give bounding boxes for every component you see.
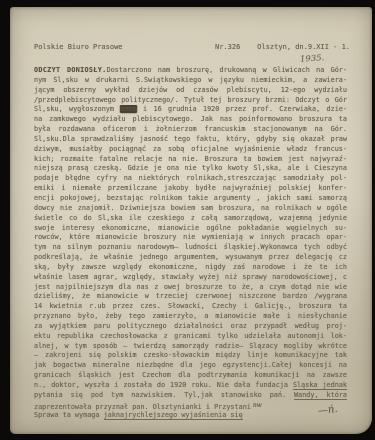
text-line: za wyjątkiem paru politycznego działalno… — [34, 322, 347, 332]
handwritten-year-note: 1935. — [299, 53, 324, 65]
organization-name: Polskie Biuro Prasowe — [34, 43, 123, 51]
text-line: n., doktor, wyszła i została do 1920 rok… — [34, 381, 347, 391]
text-segment: dziwym, musiałby pociągnąć za sobą oficj… — [34, 145, 347, 153]
text-line: /przedplebiscytowego politycznego/. Tytu… — [34, 96, 347, 106]
text-segment: dowcy nie znajomił. Dziwniejsza bowiem s… — [34, 204, 347, 212]
text-segment: niejszą prasą czeską. Gdzie je ona nie t… — [34, 164, 347, 172]
text-segment: Śl,sku, wygłoszonym — [34, 105, 120, 113]
text-line: alnej, w tym sposób — twierdzą samorządy… — [34, 342, 347, 352]
text-segment: pytania się pod tym nazwiskiem. Tyl,jak … — [34, 391, 294, 399]
issue-number: Nr.326 — [215, 43, 240, 51]
document-header: Polskie Biuro Prasowe Nr.326 Olsztyn, dn… — [34, 43, 350, 55]
text-segment: Śl,sku.Dla sprawdzaliśmy jasność tego fa… — [34, 135, 347, 143]
text-segment: na zamkowego wydziału plebiscytowego. Ja… — [34, 115, 347, 123]
text-line: była rozdawana oficerom i żołnierzom fra… — [34, 125, 347, 135]
text-segment: tym na silnym poznaniu narodowym— ludnoś… — [34, 243, 347, 251]
text-line: ską, były zawsze względy ekonomiczne, ni… — [34, 263, 347, 273]
text-segment: alnej, w tym sposób — twierdzą samorządy… — [34, 342, 347, 350]
text-line: jest najpilniejszym dla nas z owej brosz… — [34, 283, 347, 293]
text-line: encji pokojowej, bezstając rolnikom taki… — [34, 194, 347, 204]
text-line: kich; rozmaite fatalne relacje na nie. B… — [34, 155, 347, 165]
text-line: podaje błędne cyfry na niektórych rolnik… — [34, 174, 347, 184]
text-segment: świetle co do Śl,ska ile czeskiego z cał… — [34, 214, 347, 222]
text-segment: ODCZYT DONIOSŁY. — [34, 66, 106, 74]
document-body: ODCZYT DONIOSŁY.Dostarczono nam broszurę… — [34, 66, 347, 420]
text-segment: /przedplebiscytowego politycznego/. Tytu… — [34, 96, 347, 104]
text-segment: i 16 grudnia 1920 przez prof. Czerwiaka,… — [137, 105, 347, 113]
text-line: granicach śląskich jest Czechom dla podt… — [34, 371, 347, 381]
text-line: — zakrojeni się polskim czesko-słowackim… — [34, 351, 347, 361]
text-line: właśnie lasem agrar, względy, stawiały w… — [34, 273, 347, 283]
text-segment: zaprezentowała przyznał pan. — [34, 403, 153, 411]
text-segment: swoje interesy ekonomiczne, mianowicie o… — [34, 224, 347, 232]
text-line: Śl,sku, wygłoszonym mmmm i 16 grudnia 19… — [34, 105, 347, 115]
text-segment: emiki i niemałe przemilczane jakoby bydł… — [34, 184, 347, 192]
text-segment: jaknajrychlejszego wyjaśnienia się — [104, 411, 243, 420]
text-line: dziwym, musiałby pociągnąć za sobą oficj… — [34, 145, 347, 155]
ink-blot: mmmm — [120, 105, 136, 113]
dateline: Olsztyn, dn.9.XII - 1. — [257, 43, 350, 51]
text-line: niejszą prasą czeską. Gdzie je ona nie t… — [34, 164, 347, 174]
text-line: 14 kwietnia r.ub przez czes. Słowacki, C… — [34, 302, 347, 312]
text-segment: była rozdawana oficerom i żołnierzom fra… — [34, 125, 347, 133]
text-segment: Przystani — [214, 403, 251, 411]
text-segment: n., doktor, wyszła i została do 1920 rok… — [34, 381, 293, 389]
text-segment: jak bogactwa mineralne niezbędne dla jeg… — [34, 361, 347, 369]
text-segment: przyznano było, żeby tego zamierzyło, a … — [34, 312, 347, 320]
text-line: Śl,sku.Dla sprawdzaliśmy jasność tego fa… — [34, 135, 347, 145]
text-segment: granicach śląskich jest Czechom dla podt… — [34, 371, 347, 379]
text-segment: Wandy, która — [294, 391, 347, 400]
document-page: Polskie Biuro Prasowe Nr.326 Olsztyn, dn… — [10, 7, 372, 434]
text-segment: właśnie lasem agrar, względy, stawiały w… — [34, 273, 347, 281]
text-segment: jest najpilniejszym dla nas z owej brosz… — [34, 283, 347, 291]
text-line: pytania się pod tym nazwiskiem. Tyl,jak … — [34, 391, 347, 401]
text-line: dzieliśmy, że mianowicie w trzeciej czer… — [34, 292, 347, 302]
text-line: przyznano było, żeby tego zamierzyło, a … — [34, 312, 347, 322]
text-line: dowcy nie znajomił. Dziwniejsza bowiem s… — [34, 204, 347, 214]
text-segment: kich; rozmaite fatalne relacje na nie. B… — [34, 155, 347, 163]
text-segment: Sprawa ta wymaga — [34, 411, 104, 419]
text-segment: za wyjątkiem paru politycznego działalno… — [34, 322, 347, 330]
text-line: świetle co do Śl,ska ile czeskiego z cał… — [34, 214, 347, 224]
text-line: tym na silnym poznaniu narodowym— ludnoś… — [34, 243, 347, 253]
text-segment: Olsztynianki — [153, 403, 202, 411]
text-line: emiki i niemałe przemilczane jakoby bydł… — [34, 184, 347, 194]
text-line: na zamkowego wydziału plebiscytowego. Ja… — [34, 115, 347, 125]
text-segment: ektu republika czechosłowacka z granicam… — [34, 332, 347, 340]
text-line: jącym obszerny wykład dziejów od czasów … — [34, 86, 347, 96]
text-line: rowców, które mianowicie broszury nie wy… — [34, 233, 347, 243]
text-segment: encji pokojowej, bezstając rolnikom taki… — [34, 194, 347, 202]
text-segment: 14 kwietnia r.ub przez czes. Słowacki, C… — [34, 302, 347, 310]
text-segment: ską, były zawsze względy ekonomiczne, ni… — [34, 263, 347, 271]
text-line: Sprawa ta wymaga jaknajrychlejszego wyja… — [34, 411, 347, 421]
text-line: ektu republika czechosłowacka z granicam… — [34, 332, 347, 342]
scanned-document-screenshot: { "document": { "header": { "organizatio… — [0, 0, 375, 440]
handwritten-inline-mark: nw — [251, 402, 262, 409]
text-line: zaprezentowała przyznał pan. Olsztyniank… — [34, 401, 347, 411]
text-segment: dzieliśmy, że mianowicie w trzeciej czer… — [34, 292, 347, 300]
text-segment: Śląska jednak — [293, 381, 347, 390]
text-segment: nym Śl,sku w drukarni S.Świątkowskiego w… — [34, 76, 347, 84]
text-segment: rowców, które mianowicie broszury nie wy… — [34, 233, 347, 241]
text-segment: Dostarczono nam broszurę, drukowaną w Gl… — [106, 66, 347, 74]
text-segment: i — [202, 403, 214, 411]
text-line: nym Śl,sku w drukarni S.Świątkowskiego w… — [34, 76, 347, 86]
text-segment: podkreślają, że właśnie jednego argument… — [34, 253, 347, 261]
text-line: swoje interesy ekonomiczne, mianowicie o… — [34, 224, 347, 234]
text-segment: — zakrojeni się polskim czesko-słowackim… — [34, 351, 347, 359]
text-segment: podaje błędne cyfry na niektórych rolnik… — [34, 174, 347, 182]
pen-mark: —ń. — [318, 404, 339, 417]
text-line: podkreślają, że właśnie jednego argument… — [34, 253, 347, 263]
text-segment: jącym obszerny wykład dziejów od czasów … — [34, 86, 347, 94]
text-line: jak bogactwa mineralne niezbędne dla jeg… — [34, 361, 347, 371]
text-line: ODCZYT DONIOSŁY.Dostarczono nam broszurę… — [34, 66, 347, 76]
